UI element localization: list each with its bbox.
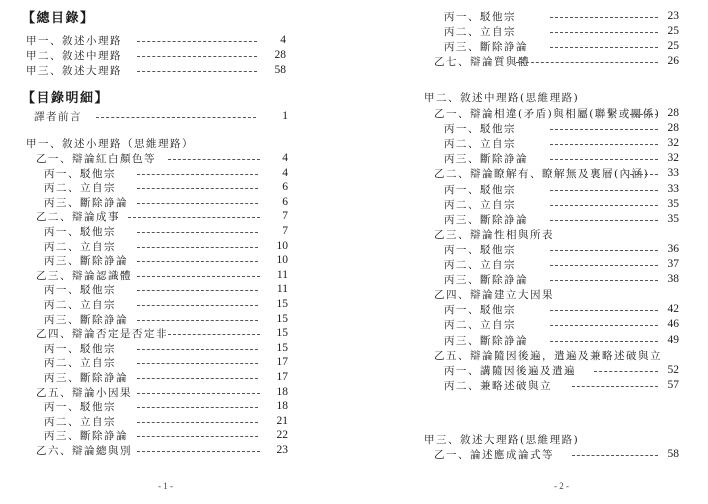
leader-dashes <box>550 250 658 251</box>
leader-dashes <box>550 310 658 311</box>
entry-label: 丙二、立自宗 <box>44 298 116 312</box>
leader-dashes <box>128 217 260 218</box>
page-number: 26 <box>649 55 679 67</box>
toc-entry[interactable]: 丙三、斷除諍論 <box>44 196 128 210</box>
leader-dashes <box>137 290 258 291</box>
page-number: 22 <box>258 429 288 441</box>
leader-dashes <box>550 129 658 130</box>
leader-dashes <box>550 159 658 160</box>
toc-entry[interactable]: 丙一、駁他宗 <box>444 122 516 136</box>
leader-dashes <box>137 393 260 394</box>
entry-label: 乙四、辯論建立大因果 <box>434 288 554 302</box>
entry-label: 丙一、駁他宗 <box>44 400 116 414</box>
page-number: 6 <box>258 181 288 193</box>
leader-dashes <box>550 190 658 191</box>
toc-entry[interactable]: 丙二、立自宗 <box>44 415 116 429</box>
entry-label: 乙一、論述應成論式等 <box>434 448 554 462</box>
leader-dashes <box>572 455 658 456</box>
toc-entry[interactable]: 丙二、兼略述破與立 <box>444 379 552 393</box>
entry-label: 丙一、駁他宗 <box>44 283 116 297</box>
entry-label: 乙二、辯論瞭解有、瞭解無及裏層(內涵) <box>434 167 649 181</box>
toc-entry[interactable]: 乙六、辯論總與別 <box>36 444 132 458</box>
leader-dashes <box>550 341 658 342</box>
entry-label: 丙三、斷除諍論 <box>444 40 528 54</box>
entry-label: 丙二、立自宗 <box>444 258 516 272</box>
leader-dashes <box>137 71 257 72</box>
summary-item[interactable]: 甲一、敘述小理路 <box>26 34 122 48</box>
page-number: 58 <box>649 448 679 460</box>
page-number: 23 <box>258 444 288 456</box>
entry-label: 【總目錄】 <box>22 10 95 28</box>
page-number: 10 <box>258 254 288 266</box>
entry-label: 丙一、駁他宗 <box>444 10 516 24</box>
detail-heading: 【目錄明細】 <box>22 90 109 108</box>
page-number: 4 <box>258 152 288 164</box>
entry-label: 乙四、辯論否定是否定非 <box>36 327 168 341</box>
page-number: 15 <box>258 313 288 325</box>
toc-entry[interactable]: 丙二、立自宗 <box>44 356 116 370</box>
page-number: 7 <box>258 210 288 222</box>
leader-dashes <box>550 280 658 281</box>
leader-dashes <box>550 265 658 266</box>
entry-label: 甲二、敘述中理路 <box>26 49 122 63</box>
leader-dashes <box>137 378 258 379</box>
entry-label: 丙二、立自宗 <box>44 415 116 429</box>
page-number: 15 <box>258 298 288 310</box>
toc-entry[interactable]: 乙一、辯論紅白顏色等 <box>36 152 156 166</box>
entry-label: 乙三、辯論性相與所表 <box>434 228 554 242</box>
toc-entry[interactable]: 丙三、斷除諍論 <box>44 371 128 385</box>
toc-entry[interactable]: 丙三、斷除諍論 <box>444 273 528 287</box>
page-number: 15 <box>258 342 288 354</box>
leader-dashes <box>137 436 258 437</box>
entry-label: 甲三、敘述大理路(思維理路) <box>424 433 579 447</box>
toc-entry[interactable]: 乙四、辯論否定是否定非 <box>36 327 168 341</box>
toc-entry[interactable]: 丙一、駁他宗 <box>444 10 516 24</box>
leader-dashes <box>137 320 258 321</box>
toc-entry[interactable]: 乙二、辯論成事 <box>36 210 120 224</box>
leader-dashes <box>137 41 257 42</box>
summary-item[interactable]: 甲二、敘述中理路 <box>26 49 122 63</box>
page-number: 1 <box>258 110 288 122</box>
section-title: 甲二、敘述中理路(思維理路) <box>424 91 579 105</box>
toc-entry[interactable]: 乙四、辯論建立大因果 <box>434 288 554 302</box>
toc-entry[interactable]: 丙一、駁他宗 <box>44 400 116 414</box>
entry-label: 丙一、駁他宗 <box>44 225 116 239</box>
page-number: 18 <box>258 386 288 398</box>
leader-dashes <box>96 117 256 118</box>
toc-entry[interactable]: 丙三、斷除諍論 <box>444 40 528 54</box>
leader-dashes <box>137 261 258 262</box>
toc-entry[interactable]: 丙二、立自宗 <box>444 25 516 39</box>
leader-dashes <box>137 247 258 248</box>
page-number: 11 <box>258 283 288 295</box>
toc-entry[interactable]: 丙一、駁他宗 <box>444 183 516 197</box>
leader-dashes <box>550 32 658 33</box>
entry-label: 丙二、立自宗 <box>444 318 516 332</box>
entry-label: 甲一、敘述小理路 <box>26 34 122 48</box>
summary-heading: 【總目錄】 <box>22 10 95 28</box>
toc-entry[interactable]: 丙二、立自宗 <box>444 198 516 212</box>
entry-label: 乙六、辯論總與別 <box>36 444 132 458</box>
leader-dashes <box>137 203 258 204</box>
page-number: 32 <box>649 152 679 164</box>
entry-label: 丙一、駁他宗 <box>44 342 116 356</box>
page-number: 58 <box>256 64 286 76</box>
leader-dashes <box>550 325 658 326</box>
entry-label: 丙二、立自宗 <box>44 240 116 254</box>
entry-label: 丙三、斷除諍論 <box>444 152 528 166</box>
toc-entry[interactable]: 丙二、立自宗 <box>444 258 516 272</box>
leader-dashes <box>550 47 658 48</box>
entry-label: 甲三、敘述大理路 <box>26 64 122 78</box>
entry-label: 丙二、立自宗 <box>44 356 116 370</box>
page-number: 36 <box>649 243 679 255</box>
page-number: 33 <box>649 167 679 179</box>
page-number: 25 <box>649 25 679 37</box>
entry-label: 丙一、駁他宗 <box>44 167 116 181</box>
entry-label: 丙一、講隨因後遍及遣遍 <box>444 364 576 378</box>
entry-label: 乙五、辯論隨因後遍，遣遍及兼略述破與立 <box>434 349 662 363</box>
leader-dashes <box>550 17 658 18</box>
toc-entry[interactable]: 丙二、立自宗 <box>44 181 116 195</box>
page-number: 38 <box>649 273 679 285</box>
entry-label: 丙三、斷除諍論 <box>44 313 128 327</box>
toc-entry[interactable]: 丙一、駁他宗 <box>44 342 116 356</box>
toc-entry[interactable]: 丙三、斷除諍論 <box>44 313 128 327</box>
page-number: 18 <box>258 400 288 412</box>
entry-label: 丙三、斷除諍論 <box>44 196 128 210</box>
page-number: 21 <box>258 415 288 427</box>
entry-label: 丙二、立自宗 <box>444 25 516 39</box>
toc-entry[interactable]: 丙一、駁他宗 <box>44 283 116 297</box>
leader-dashes <box>137 232 258 233</box>
page-number: 17 <box>258 371 288 383</box>
leader-dashes <box>550 220 658 221</box>
toc-entry[interactable]: 丙三、斷除諍論 <box>444 152 528 166</box>
page-number: 4 <box>258 167 288 179</box>
toc-entry[interactable]: 丙三、斷除諍論 <box>444 334 528 348</box>
page-number: 32 <box>649 137 679 149</box>
page-number: 28 <box>649 122 679 134</box>
page-footer: - 1 - <box>158 481 173 491</box>
toc-entry[interactable]: 乙五、辯論隨因後遍，遣遍及兼略述破與立 <box>434 349 662 363</box>
entry-label: 丙一、駁他宗 <box>444 303 516 317</box>
toc-entry[interactable]: 丙二、立自宗 <box>444 137 516 151</box>
page-footer: - 2 - <box>554 481 569 491</box>
preface-item[interactable]: 譯者前言 <box>34 110 82 124</box>
entry-label: 乙三、辯論認識體 <box>36 269 132 283</box>
leader-dashes <box>168 334 260 335</box>
entry-label: 丙一、駁他宗 <box>444 122 516 136</box>
page-number: 33 <box>649 183 679 195</box>
leader-dashes <box>137 422 258 423</box>
section-title: 甲三、敘述大理路(思維理路) <box>424 433 579 447</box>
entry-label: 丙一、駁他宗 <box>444 183 516 197</box>
entry-label: 乙五、辯論小因果 <box>36 386 132 400</box>
entry-label: 乙一、辯論相違(矛盾)與相屬(聯繫或關係) <box>434 107 660 121</box>
toc-entry[interactable]: 乙一、辯論相違(矛盾)與相屬(聯繫或關係) <box>434 107 660 121</box>
leader-dashes <box>550 205 658 206</box>
page-number: 37 <box>649 258 679 270</box>
entry-label: 丙三、斷除諍論 <box>44 371 128 385</box>
entry-label: 甲二、敘述中理路(思維理路) <box>424 91 579 105</box>
toc-entry[interactable]: 乙三、辯論認識體 <box>36 269 132 283</box>
page-number: 52 <box>649 364 679 376</box>
entry-label: 丙二、立自宗 <box>444 198 516 212</box>
entry-label: 丙二、立自宗 <box>444 137 516 151</box>
leader-dashes <box>137 451 260 452</box>
toc-entry[interactable]: 乙二、辯論瞭解有、瞭解無及裏層(內涵) <box>434 167 649 181</box>
page-number: 49 <box>649 334 679 346</box>
toc-entry[interactable]: 丙二、立自宗 <box>44 298 116 312</box>
page-number: 15 <box>258 327 288 339</box>
entry-label: 丙二、立自宗 <box>44 181 116 195</box>
leader-dashes <box>137 407 258 408</box>
page-number: 23 <box>649 10 679 22</box>
leader-dashes <box>137 188 258 189</box>
toc-page-2: 丙一、駁他宗23丙二、立自宗25丙三、斷除諍論25乙七、辯論質與體26甲二、敘述… <box>354 0 708 504</box>
toc-page-1: 【總目錄】甲一、敘述小理路4甲二、敘述中理路28甲三、敘述大理路58【目錄明細】… <box>0 0 354 504</box>
leader-dashes <box>516 62 658 63</box>
page-number: 28 <box>256 49 286 61</box>
entry-label: 【目錄明細】 <box>22 90 109 108</box>
toc-entry[interactable]: 丙二、立自宗 <box>44 240 116 254</box>
page-number: 28 <box>649 107 679 119</box>
page-number: 17 <box>258 356 288 368</box>
leader-dashes <box>572 386 658 387</box>
page-number: 35 <box>649 198 679 210</box>
entry-label: 丙一、駁他宗 <box>444 243 516 257</box>
leader-dashes <box>137 174 258 175</box>
page-number: 6 <box>258 196 288 208</box>
entry-label: 乙二、辯論成事 <box>36 210 120 224</box>
entry-label: 丙二、兼略述破與立 <box>444 379 552 393</box>
page-number: 57 <box>649 379 679 391</box>
leader-dashes <box>137 349 258 350</box>
entry-label: 乙一、辯論紅白顏色等 <box>36 152 156 166</box>
summary-item[interactable]: 甲三、敘述大理路 <box>26 64 122 78</box>
entry-label: 丙三、斷除諍論 <box>444 334 528 348</box>
leader-dashes <box>137 56 257 57</box>
page-number: 11 <box>258 269 288 281</box>
entry-label: 譯者前言 <box>34 110 82 124</box>
page-number: 42 <box>649 303 679 315</box>
toc-entry[interactable]: 丙一、駁他宗 <box>44 225 116 239</box>
page-number: 35 <box>649 213 679 225</box>
leader-dashes <box>137 305 258 306</box>
entry-label: 丙三、斷除諍論 <box>444 213 528 227</box>
leader-dashes <box>168 159 260 160</box>
page-number: 4 <box>256 34 286 46</box>
leader-dashes <box>137 363 258 364</box>
entry-label: 丙三、斷除諍論 <box>44 254 128 268</box>
entry-label: 甲一、敘述小理路（思維理路） <box>26 137 194 151</box>
toc-entry[interactable]: 乙三、辯論性相與所表 <box>434 228 554 242</box>
page-number: 25 <box>649 40 679 52</box>
leader-dashes <box>550 144 658 145</box>
leader-dashes <box>137 276 260 277</box>
toc-entry[interactable]: 丙三、斷除諍論 <box>44 254 128 268</box>
toc-entry[interactable]: 丙一、講隨因後遍及遣遍 <box>444 364 576 378</box>
toc-entry[interactable]: 丙一、駁他宗 <box>44 167 116 181</box>
toc-entry[interactable]: 丙一、駁他宗 <box>444 303 516 317</box>
toc-entry[interactable]: 丙一、駁他宗 <box>444 243 516 257</box>
page-number: 10 <box>258 240 288 252</box>
entry-label: 丙三、斷除諍論 <box>44 429 128 443</box>
entry-label: 丙三、斷除諍論 <box>444 273 528 287</box>
section-title: 甲一、敘述小理路（思維理路） <box>26 137 194 151</box>
toc-entry[interactable]: 丙三、斷除諍論 <box>44 429 128 443</box>
toc-entry[interactable]: 丙二、立自宗 <box>444 318 516 332</box>
toc-entry[interactable]: 乙一、論述應成論式等 <box>434 448 554 462</box>
toc-entry[interactable]: 乙五、辯論小因果 <box>36 386 132 400</box>
page-number: 7 <box>258 225 288 237</box>
toc-entry[interactable]: 丙三、斷除諍論 <box>444 213 528 227</box>
page-number: 46 <box>649 318 679 330</box>
